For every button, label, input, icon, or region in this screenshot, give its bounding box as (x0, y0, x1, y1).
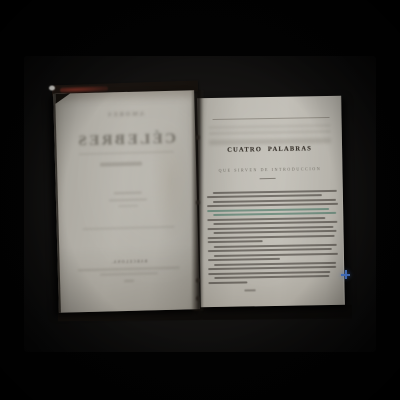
text-line (208, 258, 280, 261)
stitch-dot (196, 278, 200, 283)
bleed-band (209, 124, 331, 129)
page-top-rule (213, 117, 330, 120)
text-line (208, 235, 335, 239)
blue-speck-artifact (341, 270, 350, 279)
text-line (208, 271, 330, 275)
text-line (208, 281, 247, 284)
corner-white-speck (49, 85, 55, 90)
stitch-dot (196, 296, 200, 301)
footer-signature-mark (245, 289, 256, 291)
text-line (213, 190, 337, 194)
text-line (207, 208, 329, 212)
bleed-line (100, 162, 142, 167)
torn-corner (55, 93, 70, 103)
subtitle-rule (259, 178, 275, 179)
bleed-line (114, 192, 142, 195)
imprint-year (124, 280, 134, 282)
left-page: AMORES CÉLEBRES BARCELONA. (53, 90, 200, 313)
text-line (207, 217, 325, 221)
stitch-dot (196, 200, 200, 205)
page-subtitle: QUE SIRVEN DE INTRODUCCION (198, 166, 341, 173)
text-line (214, 262, 336, 266)
text-line (208, 248, 332, 252)
book: AMORES CÉLEBRES BARCELONA. C (0, 0, 400, 400)
text-line (207, 203, 338, 207)
text-line (214, 253, 338, 257)
text-line (213, 212, 336, 216)
bleed-title-large: CÉLEBRES (56, 130, 195, 151)
page-title: CUATRO PALABRAS (198, 145, 341, 154)
text-line (208, 240, 263, 243)
imprint-city: BARCELONA. (60, 257, 199, 266)
text-line (207, 226, 333, 230)
bleed-line (118, 205, 138, 207)
imprint-line (78, 267, 180, 271)
text-line (208, 266, 336, 270)
text-line (207, 195, 322, 199)
text-line (214, 230, 337, 234)
stitch-dot (196, 135, 200, 140)
bleed-band (209, 130, 331, 135)
bleed-band (209, 138, 331, 145)
text-line (214, 275, 329, 279)
body-text (207, 190, 340, 286)
bleed-title-small: AMORES (56, 110, 195, 120)
text-line (213, 199, 336, 203)
blue-speck-horizontal (341, 274, 350, 276)
imprint-line (100, 272, 158, 275)
text-line (213, 221, 337, 225)
text-line (214, 244, 337, 248)
book-gutter (191, 90, 204, 311)
bleed-line (109, 198, 147, 201)
photo-background: AMORES CÉLEBRES BARCELONA. C (0, 0, 400, 400)
right-page: CUATRO PALABRAS QUE SIRVEN DE INTRODUCCI… (197, 96, 345, 307)
